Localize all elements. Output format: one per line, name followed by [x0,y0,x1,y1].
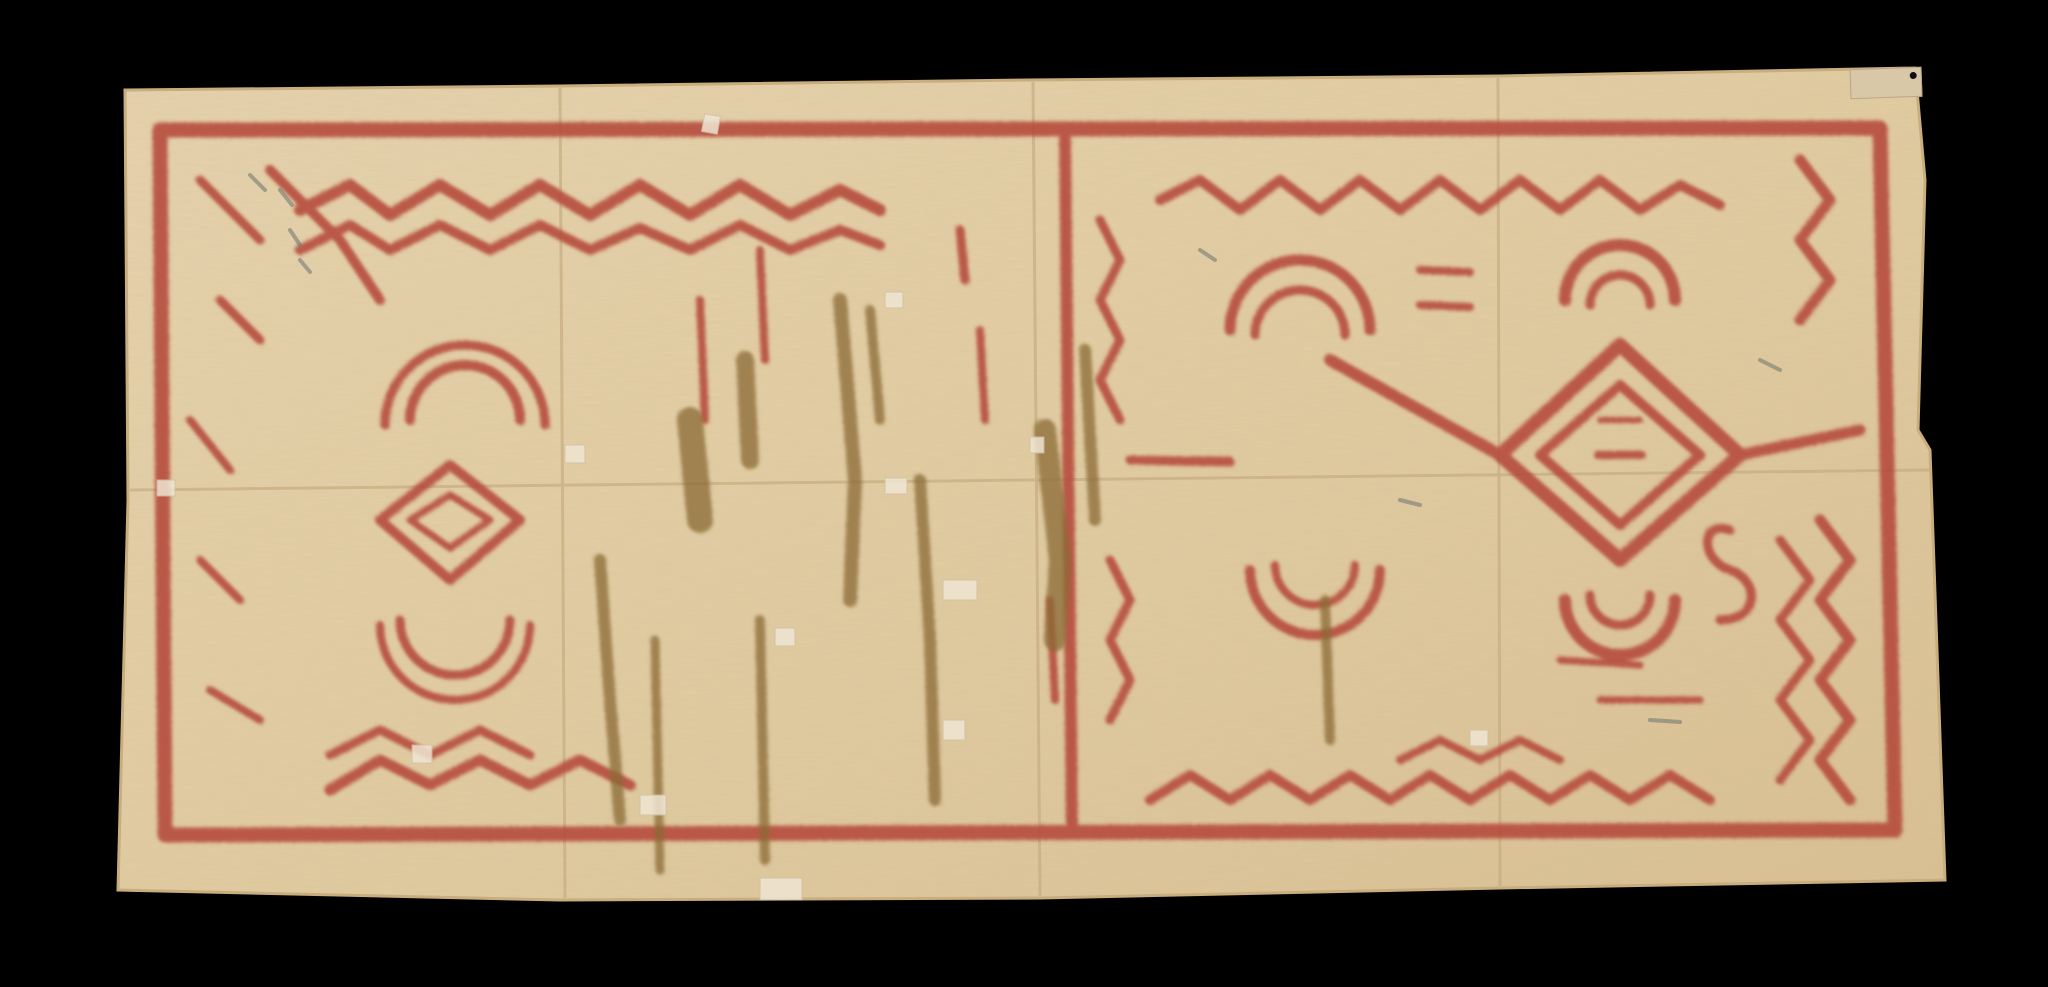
barkcloth-textile [0,0,2048,987]
tag-hole-icon [1910,72,1917,79]
museum-tag [1849,67,1922,99]
